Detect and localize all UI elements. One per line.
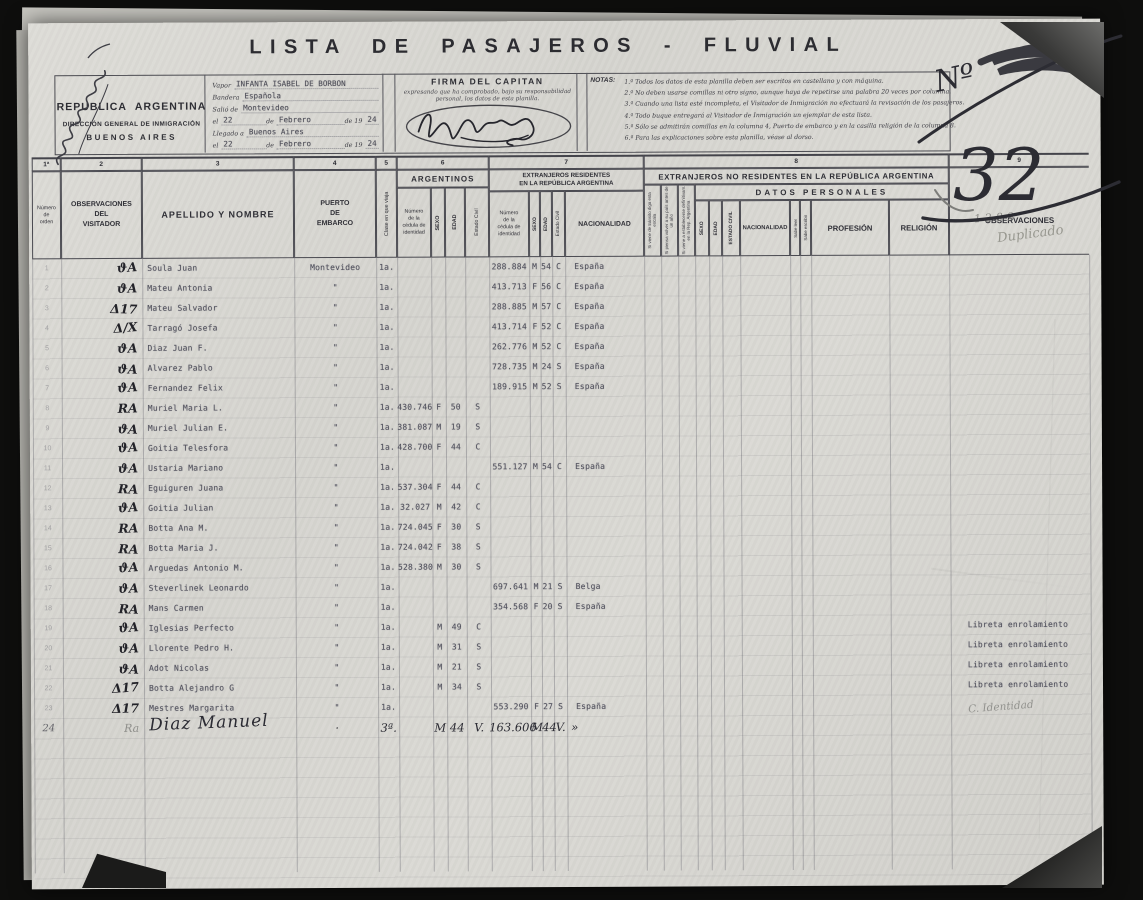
cell-a-age: 30: [446, 517, 466, 537]
header-extnr-edad: EDAD: [709, 200, 722, 256]
cell-e-ec: S: [553, 377, 566, 397]
cell-num: 22: [34, 679, 63, 699]
scanned-passenger-list-photo: LISTA DE PASAJEROS - FLUVIAL REPUBLICA A…: [0, 0, 1143, 900]
cell-e-ec: S: [554, 697, 567, 717]
cell-a-ced: 428.700: [396, 438, 434, 458]
cell-nac: España: [570, 457, 650, 477]
nota-item: 5.ª Sólo se admitirán comillas en la col…: [591, 120, 951, 133]
cell-port: ": [295, 358, 377, 378]
cell-mark: RA: [86, 518, 138, 539]
cell-port: ": [295, 458, 377, 478]
cell-clase: 1a.: [376, 258, 397, 278]
cell-nac: España: [570, 377, 650, 397]
cell-name: Mans Carmen: [144, 598, 301, 619]
ship-field-label: Llegado a: [213, 130, 247, 137]
header-extres-estado: Estado Civil: [552, 191, 565, 257]
ship-field-value: INFANTA ISABEL DE BORBON: [234, 79, 378, 90]
cell-num: 11: [33, 459, 62, 479]
cell-port: ": [295, 518, 377, 538]
cell-e-ec: C: [553, 457, 566, 477]
cell-num: 8: [33, 399, 62, 419]
cell-clase: 1a.: [376, 278, 397, 298]
cell-e-sex: M: [529, 297, 540, 317]
cell-a-ec: S: [466, 417, 490, 437]
cell-name: Muriel Julian E.: [143, 418, 300, 439]
cell-num: 9: [33, 419, 62, 439]
cell-a-age: 19: [446, 417, 466, 437]
cell-mark: Ra: [87, 719, 139, 739]
label: Si viene a establecerse definitivam. en …: [682, 185, 692, 255]
folio-prefix-text: Nº: [930, 57, 978, 100]
label: Sabe leer: [792, 219, 797, 238]
label: Si piensa volver a su país antes de un a…: [665, 186, 675, 256]
cell-name: Fernandez Felix: [143, 378, 300, 399]
cell-name: Soula Juan: [142, 258, 299, 279]
ship-field-row: Salió deMontevideo: [212, 101, 378, 114]
cell-e-ced: 288.884: [487, 257, 531, 277]
ship-field-label: de: [266, 118, 277, 125]
cell-nac: España: [571, 597, 651, 617]
cell-num: 6: [33, 359, 62, 379]
label: SEXO: [531, 217, 537, 231]
cell-clase: 1a.: [378, 618, 399, 638]
cell-a-ced: 528.380: [396, 558, 434, 578]
header-extres-sexo: SEXO: [529, 191, 540, 257]
header-ext-residentes: EXTRANJEROS RESIDENTES EN LA REPÚBLICA A…: [489, 169, 644, 192]
margin-handwriting: [18, 40, 148, 190]
cell-a-age: 42: [446, 497, 466, 517]
cell-num: 10: [33, 439, 62, 459]
cell-mark: ϑA: [85, 257, 138, 281]
ship-field-value: Febrero: [277, 115, 345, 125]
captain-signature: [400, 101, 574, 150]
cell-e-age: 21: [542, 577, 554, 597]
cell-e-sex: F: [529, 277, 540, 297]
cell-e-ced: 262.776: [487, 337, 531, 357]
label: Si viene de tránsito diga esta escala: [648, 186, 658, 256]
cell-a-ec: C: [467, 617, 491, 637]
column-number: 3: [142, 156, 294, 171]
cell-a-sex: F: [432, 438, 446, 458]
cell-mark: RA: [86, 398, 138, 419]
cell-port: ": [295, 478, 377, 498]
cell-port: ": [295, 398, 377, 418]
cell-e-age: 27: [542, 697, 554, 717]
cell-e-ced: 413.713: [487, 277, 531, 297]
cell-name: Ustaria Mariano: [143, 458, 300, 479]
ship-field-label: el: [213, 143, 222, 150]
header-arg-estado: Estado Civil: [465, 187, 489, 257]
ship-field-label: el: [213, 119, 222, 126]
label: Estado Civil: [556, 211, 561, 236]
cell-name: Goitia Telesfora: [143, 438, 300, 459]
notas-label: NOTAS:: [590, 77, 615, 84]
ship-field-value: 24: [365, 115, 378, 125]
cell-clase: 1a.: [377, 538, 398, 558]
ship-field-value: Febrero: [277, 139, 345, 149]
cell-port: ": [295, 558, 377, 578]
cell-num: 12: [33, 479, 62, 499]
cell-a-sex: F: [432, 538, 446, 558]
cell-a-ec: S: [466, 397, 490, 417]
cell-mark: ϑA: [85, 278, 137, 299]
cell-clase: 1a.: [377, 478, 398, 498]
header-clase-viaja: Clase en que viaja: [376, 170, 397, 258]
cell-nac: España: [571, 697, 651, 717]
header-extnr-sexo: SEXO: [695, 200, 709, 256]
cell-clase: 1a.: [376, 318, 397, 338]
header-arg-edad: EDAD: [445, 187, 465, 257]
cell-e-ced: 697.641: [489, 577, 533, 597]
nota-item: 3.ª Cuando una lista esté incompleta, el…: [590, 98, 950, 111]
cell-a-age: 44: [446, 437, 466, 457]
column-number: 7: [489, 155, 644, 170]
cell-e-ced: 354.568: [489, 597, 533, 617]
ship-info-block: VaporINFANTA ISABEL DE BORBONBanderaEspa…: [212, 77, 378, 150]
cell-nac: España: [569, 317, 649, 337]
ship-field-label: de: [266, 142, 277, 149]
label: ESTADO CIVIL: [728, 212, 733, 245]
cell-clase: 1a.: [376, 338, 397, 358]
cell-nac: Belga: [571, 577, 651, 597]
header-arg-cedula: Número de la cédula de identidad: [397, 188, 431, 258]
cell-name: Muriel Maria L.: [143, 398, 300, 419]
cell-a-age: 38: [446, 537, 466, 557]
cell-a-age: 30: [446, 557, 466, 577]
cell-a-age: 50: [446, 397, 466, 417]
cell-num: 1: [32, 259, 61, 279]
cell-clase: 1a.: [378, 638, 399, 658]
cell-port: ": [295, 418, 377, 438]
cell-e-ec: C: [552, 257, 565, 277]
cell-a-age: 44: [446, 477, 466, 497]
header-sabe-leer: Sabe leer: [790, 200, 800, 256]
cell-a-ec: S: [467, 677, 491, 697]
cell-e-sex: F: [531, 597, 542, 617]
cell-port: ": [296, 698, 378, 718]
nota-item: 6.ª Para las explicaciones sobre esta pl…: [591, 131, 951, 144]
cell-a-sex: F: [432, 518, 446, 538]
cell-e-ec: C: [552, 297, 565, 317]
label: Estado Civil: [474, 209, 480, 236]
cell-port: ": [296, 678, 378, 698]
cell-e-ec: C: [552, 277, 565, 297]
cell-port: ": [295, 498, 377, 518]
cell-a-sex: M: [432, 558, 446, 578]
cell-clase: 1a.: [377, 378, 398, 398]
header-datos-personales: DATOS PERSONALES: [695, 183, 949, 200]
cell-clase: 1a.: [378, 678, 399, 698]
cell-num: 20: [34, 639, 63, 659]
cell-name: Alvarez Pablo: [143, 358, 300, 379]
cell-a-ced: 724.045: [396, 518, 434, 538]
cell-port: ": [294, 338, 376, 358]
ship-field-row: el22deFebrerode 1924: [213, 137, 379, 150]
cell-num: 15: [33, 539, 62, 559]
header-apellido-nombre: APELLIDO Y NOMBRE: [142, 170, 294, 259]
cell-e-sex: M: [530, 457, 541, 477]
cell-num: 14: [33, 519, 62, 539]
cell-port: ": [296, 658, 378, 678]
cell-a-ced: 430.746: [396, 398, 434, 418]
cell-a-sex: M: [433, 678, 447, 698]
cell-mark: Δ17: [86, 677, 139, 701]
cell-clase: 3ª.: [378, 718, 399, 738]
cell-a-sex: M: [433, 658, 447, 678]
cell-port: ·: [296, 718, 378, 738]
cell-mark: ϑA: [86, 497, 139, 521]
cell-a-sex: M: [432, 498, 446, 518]
column-number: 5: [376, 156, 397, 170]
cell-e-age: 52: [541, 377, 553, 397]
cell-a-ec: V.: [467, 717, 491, 737]
cell-num: 4: [32, 319, 61, 339]
cell-name: Steverlinek Leonardo: [144, 578, 301, 599]
cell-num: 21: [34, 659, 63, 679]
cell-num: 18: [34, 599, 63, 619]
ship-field-value: 24: [365, 139, 378, 149]
header-extres-nacionalidad: NACIONALIDAD: [565, 191, 644, 257]
cell-port: ": [295, 438, 377, 458]
cell-e-ec: S: [554, 577, 567, 597]
cell-e-ec: C: [552, 317, 565, 337]
cell-e-ced: 288.885: [487, 297, 531, 317]
cell-e-sex: M: [530, 377, 541, 397]
cell-num: 16: [33, 559, 62, 579]
label: EDAD: [452, 215, 458, 230]
cell-e-ced: 413.714: [487, 317, 531, 337]
header-extres-cedula: Número de la cédula de identidad: [489, 191, 529, 257]
cell-port: ": [296, 618, 378, 638]
cell-mark: ϑA: [86, 557, 139, 581]
cell-nac: España: [569, 257, 649, 277]
cell-name: Adot Nicolas: [144, 658, 301, 679]
cell-a-ced: 381.087: [396, 418, 434, 438]
ship-field-row: VaporINFANTA ISABEL DE BORBON: [212, 77, 378, 90]
cell-port: ": [296, 638, 378, 658]
cell-clase: 1a.: [377, 518, 398, 538]
cell-e-age: 54: [541, 457, 553, 477]
cell-a-sex: F: [432, 398, 446, 418]
cell-mark: Δ17: [87, 698, 139, 719]
cell-e-ced: 551.127: [488, 457, 532, 477]
cell-nac: España: [569, 337, 649, 357]
cell-name: Botta Alejandro G: [144, 678, 301, 699]
folio-number-text: 32: [953, 133, 1045, 217]
cell-e-ced: 189.915: [488, 377, 532, 397]
cell-e-ced: 553.290: [489, 697, 533, 717]
cell-obs: Libreta enrolamiento: [963, 635, 1094, 656]
header-extnr-nacionalidad: NACIONALIDAD: [740, 200, 790, 256]
column-number: 4: [294, 156, 376, 170]
cell-port: Montevideo: [294, 258, 376, 278]
ship-field-row: el22deFebrerode 1924: [213, 113, 379, 126]
cell-num: 24: [34, 719, 63, 739]
cell-e-sex: M: [530, 357, 541, 377]
header-extnr-estado: ESTADO CIVIL: [722, 200, 740, 256]
header-v1: Si viene de tránsito diga esta escala: [644, 185, 661, 257]
cell-port: ": [296, 598, 378, 618]
cell-a-sex: M: [433, 638, 447, 658]
cell-port: ": [295, 378, 377, 398]
cell-a-ced: 32.027: [396, 498, 434, 518]
cell-nac: »: [571, 717, 646, 737]
cell-clase: 1a.: [377, 418, 398, 438]
cell-nac: España: [570, 357, 650, 377]
cell-mark: ϑA: [86, 617, 139, 641]
cell-obs: Libreta enrolamiento: [963, 655, 1094, 676]
cell-a-ec: S: [467, 637, 491, 657]
cell-clase: 1a.: [378, 658, 399, 678]
column-number: 6: [397, 155, 489, 169]
cell-e-age: 56: [540, 277, 552, 297]
cell-e-ec: S: [553, 357, 566, 377]
header-arg-sexo: SEXO: [431, 188, 445, 258]
ship-field-row: Llegado aBuenos Aires: [213, 125, 379, 138]
cell-clase: 1a.: [377, 398, 398, 418]
ship-field-label: de 19: [345, 118, 366, 125]
cell-mark: ϑA: [86, 458, 138, 479]
ship-field-value: Buenos Aires: [247, 127, 379, 138]
cell-a-ec: S: [466, 537, 490, 557]
cell-name: Eguiguren Juana: [143, 478, 300, 499]
ship-field-label: Vapor: [212, 82, 234, 89]
cell-nac: España: [569, 297, 649, 317]
page-title: LISTA DE PASAJEROS - FLUVIAL: [238, 34, 858, 60]
header-clase-label: Clase en que viaja: [383, 192, 389, 236]
cell-name: Mateu Salvador: [142, 298, 299, 319]
cell-mark: Δ/X: [85, 317, 138, 341]
cell-a-ec: S: [466, 557, 490, 577]
cell-a-age: 21: [447, 657, 467, 677]
cell-mark: ϑA: [85, 377, 138, 401]
cell-a-sex: F: [432, 478, 446, 498]
cell-clase: 1a.: [378, 578, 399, 598]
header-sabe-escribir: Sabe escribir: [800, 200, 811, 256]
cell-port: ": [294, 278, 376, 298]
cell-e-sex: M: [531, 577, 542, 597]
cell-e-age: 24: [541, 357, 553, 377]
cell-num: 17: [34, 579, 63, 599]
cell-a-ced: 537.304: [396, 478, 434, 498]
cell-clase: 1a.: [377, 438, 398, 458]
cell-num: 13: [33, 499, 62, 519]
cell-a-age: 34: [447, 677, 467, 697]
cell-a-sex: M: [433, 718, 447, 738]
cell-name: Botta Ana M.: [143, 518, 300, 539]
cell-e-sex: M: [531, 717, 542, 737]
ship-field-label: Salió de: [212, 106, 241, 113]
ship-field-value: 22: [221, 115, 266, 125]
cell-num: 19: [34, 619, 63, 639]
ship-field-row: BanderaEspañola: [212, 89, 378, 102]
cell-clase: 1a.: [377, 498, 398, 518]
cell-a-ec: S: [467, 657, 491, 677]
header-profesion: PROFESIÓN: [811, 200, 889, 256]
cell-name: Botta Maria J.: [143, 538, 300, 559]
cell-e-ec: S: [554, 597, 567, 617]
captain-signature-block: FIRMA DEL CAPITAN expresando que ha comp…: [400, 76, 574, 149]
cell-e-sex: M: [529, 337, 540, 357]
cell-a-ec: S: [466, 517, 490, 537]
column-number: 8: [644, 153, 949, 168]
cell-clase: 1a.: [377, 558, 398, 578]
cell-port: ": [294, 318, 376, 338]
cell-a-sex: M: [433, 618, 447, 638]
cell-name: Goitia Julian: [143, 498, 300, 519]
header-argentinos: ARGENTINOS: [397, 169, 489, 187]
cell-e-age: 52: [540, 317, 552, 337]
cell-a-sex: M: [432, 418, 446, 438]
cell-e-age: 20: [542, 597, 554, 617]
cell-a-ec: C: [466, 497, 490, 517]
cell-name: Arguedas Antonio M.: [143, 558, 300, 579]
cell-a-age: 44: [447, 717, 467, 737]
cell-num: 2: [32, 279, 61, 299]
cell-e-ec: V.: [554, 717, 567, 737]
cell-name: Diaz Juan F.: [142, 338, 299, 359]
cell-e-sex: F: [531, 697, 542, 717]
cell-a-age: 31: [447, 637, 467, 657]
cell-clase: 1a.: [377, 358, 398, 378]
cell-name: Iglesias Perfecto: [144, 618, 301, 639]
cell-clase: 1a.: [376, 298, 397, 318]
cell-clase: 1a.: [377, 458, 398, 478]
cell-a-age: 49: [447, 617, 467, 637]
ship-field-label: de 19: [345, 142, 366, 149]
cell-num: 3: [32, 299, 61, 319]
cell-num: 23: [34, 699, 63, 719]
header-v3: Si viene a establecerse definitivam. en …: [678, 184, 695, 256]
cell-nac: España: [569, 277, 649, 297]
cell-e-ced: 728.735: [488, 357, 532, 377]
cell-mark: ϑA: [85, 437, 138, 461]
cell-num: 7: [33, 379, 62, 399]
firma-title: FIRMA DEL CAPITAN: [400, 76, 574, 87]
cell-e-age: 52: [540, 337, 552, 357]
cell-e-sex: F: [529, 317, 540, 337]
cell-clase: 1a.: [378, 698, 399, 718]
cell-a-ced: 724.042: [396, 538, 434, 558]
cell-e-ced: 163.606: [489, 717, 533, 737]
cell-e-sex: M: [529, 257, 540, 277]
label: EDAD: [712, 221, 718, 235]
cell-port: ": [295, 538, 377, 558]
cell-clase: 1a.: [378, 598, 399, 618]
cell-mark: ϑA: [85, 338, 137, 359]
label: Sabe escribir: [803, 215, 808, 241]
cell-a-ec: C: [466, 437, 490, 457]
ship-field-value: Española: [242, 91, 378, 102]
ship-field-value: Montevideo: [241, 103, 378, 114]
cell-mark: ϑA: [87, 638, 139, 659]
cell-port: ": [296, 578, 378, 598]
cell-obs: Libreta enrolamiento: [963, 615, 1094, 636]
cell-name: Llorente Pedro H.: [144, 638, 301, 659]
cell-e-age: 54: [540, 257, 552, 277]
label: SEXO: [699, 221, 705, 235]
cell-e-age: 57: [540, 297, 552, 317]
cell-e-age: 44: [542, 717, 554, 737]
cell-port: ": [294, 298, 376, 318]
ship-field-label: Bandera: [212, 94, 242, 101]
cell-a-ec: C: [466, 477, 490, 497]
header-puerto-embarco: PUERTO DE EMBARCO: [294, 170, 376, 258]
header-ext-no-residentes: EXTRANJEROS NO RESIDENTES EN LA REPÚBLIC…: [644, 167, 949, 184]
ship-field-value: 22: [221, 139, 266, 149]
notas-block: NOTAS: 1.ª Todos los datos de esta plani…: [590, 75, 950, 149]
cell-e-ec: C: [552, 337, 565, 357]
